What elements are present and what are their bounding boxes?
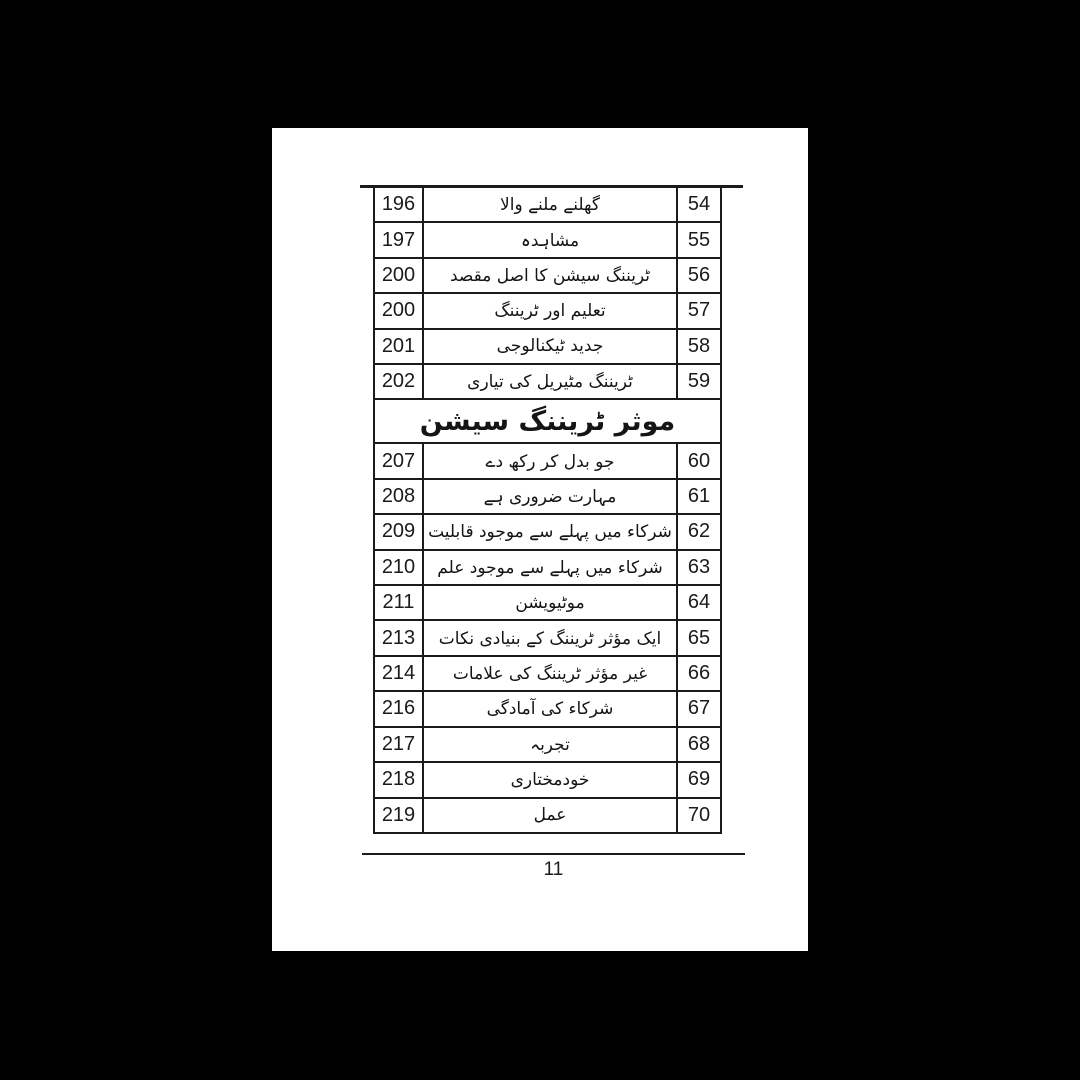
page-number-cell: 201 [375,330,422,363]
page-number-cell: 211 [375,586,422,619]
page-number-cell: 209 [375,515,422,548]
title-cell: غیر مؤثر ٹریننگ کی علامات [422,657,678,690]
page-number-cell: 196 [375,188,422,221]
page-number-cell: 210 [375,551,422,584]
toc-table: 196 گھلنے ملنے والا 54 197 مشاہدہ 55 200… [373,188,722,834]
title-cell: تجربہ [422,728,678,761]
serial-number-cell: 59 [678,365,720,398]
table-row: 200 تعلیم اور ٹریننگ 57 [375,294,720,329]
title-cell: تعلیم اور ٹریننگ [422,294,678,327]
page-number-cell: 216 [375,692,422,725]
title-cell: ٹریننگ مٹیریل کی تیاری [422,365,678,398]
serial-number-cell: 69 [678,763,720,796]
table-row: 208 مہارت ضروری ہے 61 [375,480,720,515]
table-row: 209 شرکاء میں پہلے سے موجود قابلیت 62 [375,515,720,550]
serial-number-cell: 56 [678,259,720,292]
serial-number-cell: 54 [678,188,720,221]
folio-page-number: 11 [362,859,745,881]
footer-rule-divider [362,853,745,855]
serial-number-cell: 58 [678,330,720,363]
title-cell: مہارت ضروری ہے [422,480,678,513]
table-row: 211 موٹیویشن 64 [375,586,720,621]
title-cell: شرکاء میں پہلے سے موجود قابلیت [422,515,678,548]
title-cell: مشاہدہ [422,223,678,256]
page-number-cell: 217 [375,728,422,761]
title-cell: موٹیویشن [422,586,678,619]
section-header-label: موثر ٹریننگ سیشن [375,400,720,442]
serial-number-cell: 57 [678,294,720,327]
title-cell: جو بدل کر رکھ دے [422,444,678,477]
serial-number-cell: 70 [678,799,720,832]
page-number-cell: 200 [375,294,422,327]
table-row: 213 ایک مؤثر ٹریننگ کے بنیادی نکات 65 [375,621,720,656]
serial-number-cell: 66 [678,657,720,690]
serial-number-cell: 60 [678,444,720,477]
table-row: 196 گھلنے ملنے والا 54 [375,188,720,223]
page-number-cell: 219 [375,799,422,832]
serial-number-cell: 55 [678,223,720,256]
serial-number-cell: 62 [678,515,720,548]
page-number-cell: 200 [375,259,422,292]
table-row: 217 تجربہ 68 [375,728,720,763]
table-row: 200 ٹریننگ سیشن کا اصل مقصد 56 [375,259,720,294]
title-cell: ٹریننگ سیشن کا اصل مقصد [422,259,678,292]
title-cell: ایک مؤثر ٹریننگ کے بنیادی نکات [422,621,678,654]
page-number-cell: 202 [375,365,422,398]
title-cell: شرکاء کی آمادگی [422,692,678,725]
serial-number-cell: 64 [678,586,720,619]
serial-number-cell: 61 [678,480,720,513]
title-cell: عمل [422,799,678,832]
table-row: 201 جدید ٹیکنالوجی 58 [375,330,720,365]
page-number-cell: 207 [375,444,422,477]
document-page: 196 گھلنے ملنے والا 54 197 مشاہدہ 55 200… [272,128,808,951]
serial-number-cell: 68 [678,728,720,761]
title-cell: گھلنے ملنے والا [422,188,678,221]
table-row: 207 جو بدل کر رکھ دے 60 [375,444,720,479]
page-number-cell: 214 [375,657,422,690]
page-number-cell: 208 [375,480,422,513]
table-row: 202 ٹریننگ مٹیریل کی تیاری 59 [375,365,720,400]
table-row: 216 شرکاء کی آمادگی 67 [375,692,720,727]
section-header-row: موثر ٹریننگ سیشن [375,400,720,444]
serial-number-cell: 65 [678,621,720,654]
serial-number-cell: 67 [678,692,720,725]
title-cell: شرکاء میں پہلے سے موجود علم [422,551,678,584]
title-cell: خودمختاری [422,763,678,796]
title-cell: جدید ٹیکنالوجی [422,330,678,363]
page-number-cell: 197 [375,223,422,256]
page-number-cell: 213 [375,621,422,654]
table-row: 197 مشاہدہ 55 [375,223,720,258]
table-row: 219 عمل 70 [375,799,720,832]
table-row: 218 خودمختاری 69 [375,763,720,798]
table-row: 210 شرکاء میں پہلے سے موجود علم 63 [375,551,720,586]
serial-number-cell: 63 [678,551,720,584]
table-row: 214 غیر مؤثر ٹریننگ کی علامات 66 [375,657,720,692]
scan-canvas: { "page": { "toc": { "section_header": "… [0,0,1080,1080]
page-number-cell: 218 [375,763,422,796]
